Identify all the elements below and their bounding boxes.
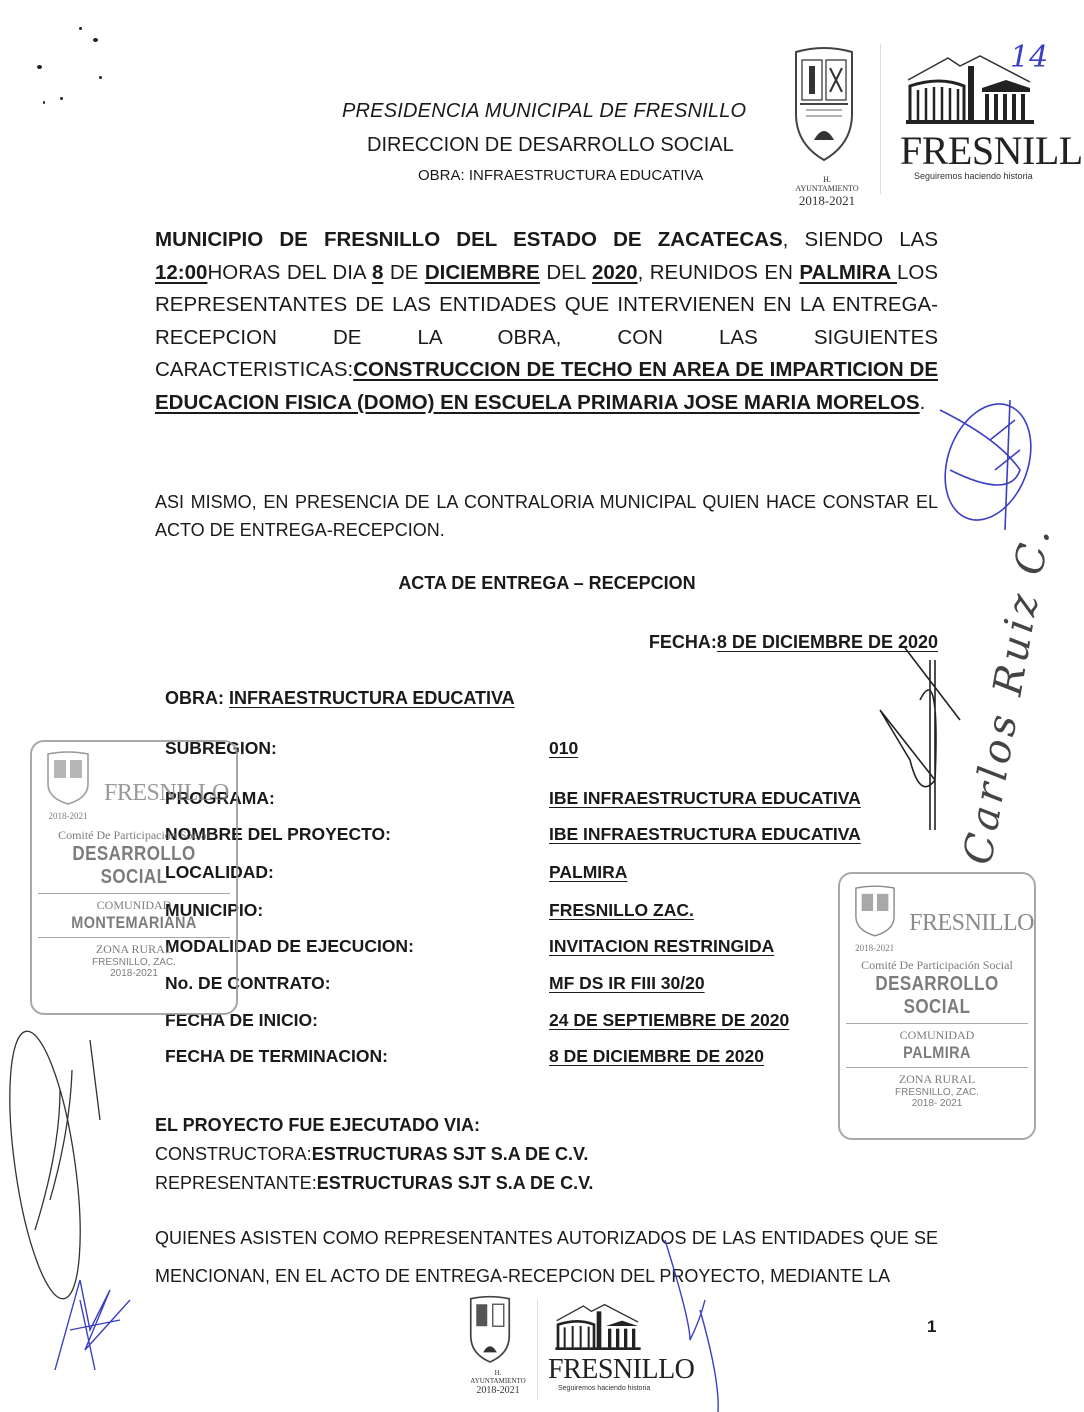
- signature-blue-top-right-icon: [930, 392, 1046, 532]
- signature-black-right-icon: [880, 648, 960, 830]
- footer-ayuntamiento-logo: H. AYUNTAMIENTO 2018-2021: [468, 1294, 528, 1396]
- signature-blue-left-icon: [55, 1280, 130, 1370]
- page-number: 1: [927, 1317, 936, 1337]
- coat-of-arms-icon: [468, 1294, 512, 1364]
- footer-fresnillo-logo: FRESNILLO Seguiremos haciendo historia: [548, 1302, 668, 1392]
- signatures-layer: [0, 0, 1084, 1412]
- signature-black-left-icon: [0, 1027, 100, 1303]
- footer-logo-divider: [537, 1300, 538, 1400]
- fresnillo-monument-icon: [548, 1302, 648, 1350]
- signature-blue-bottom-icon: [665, 1240, 718, 1412]
